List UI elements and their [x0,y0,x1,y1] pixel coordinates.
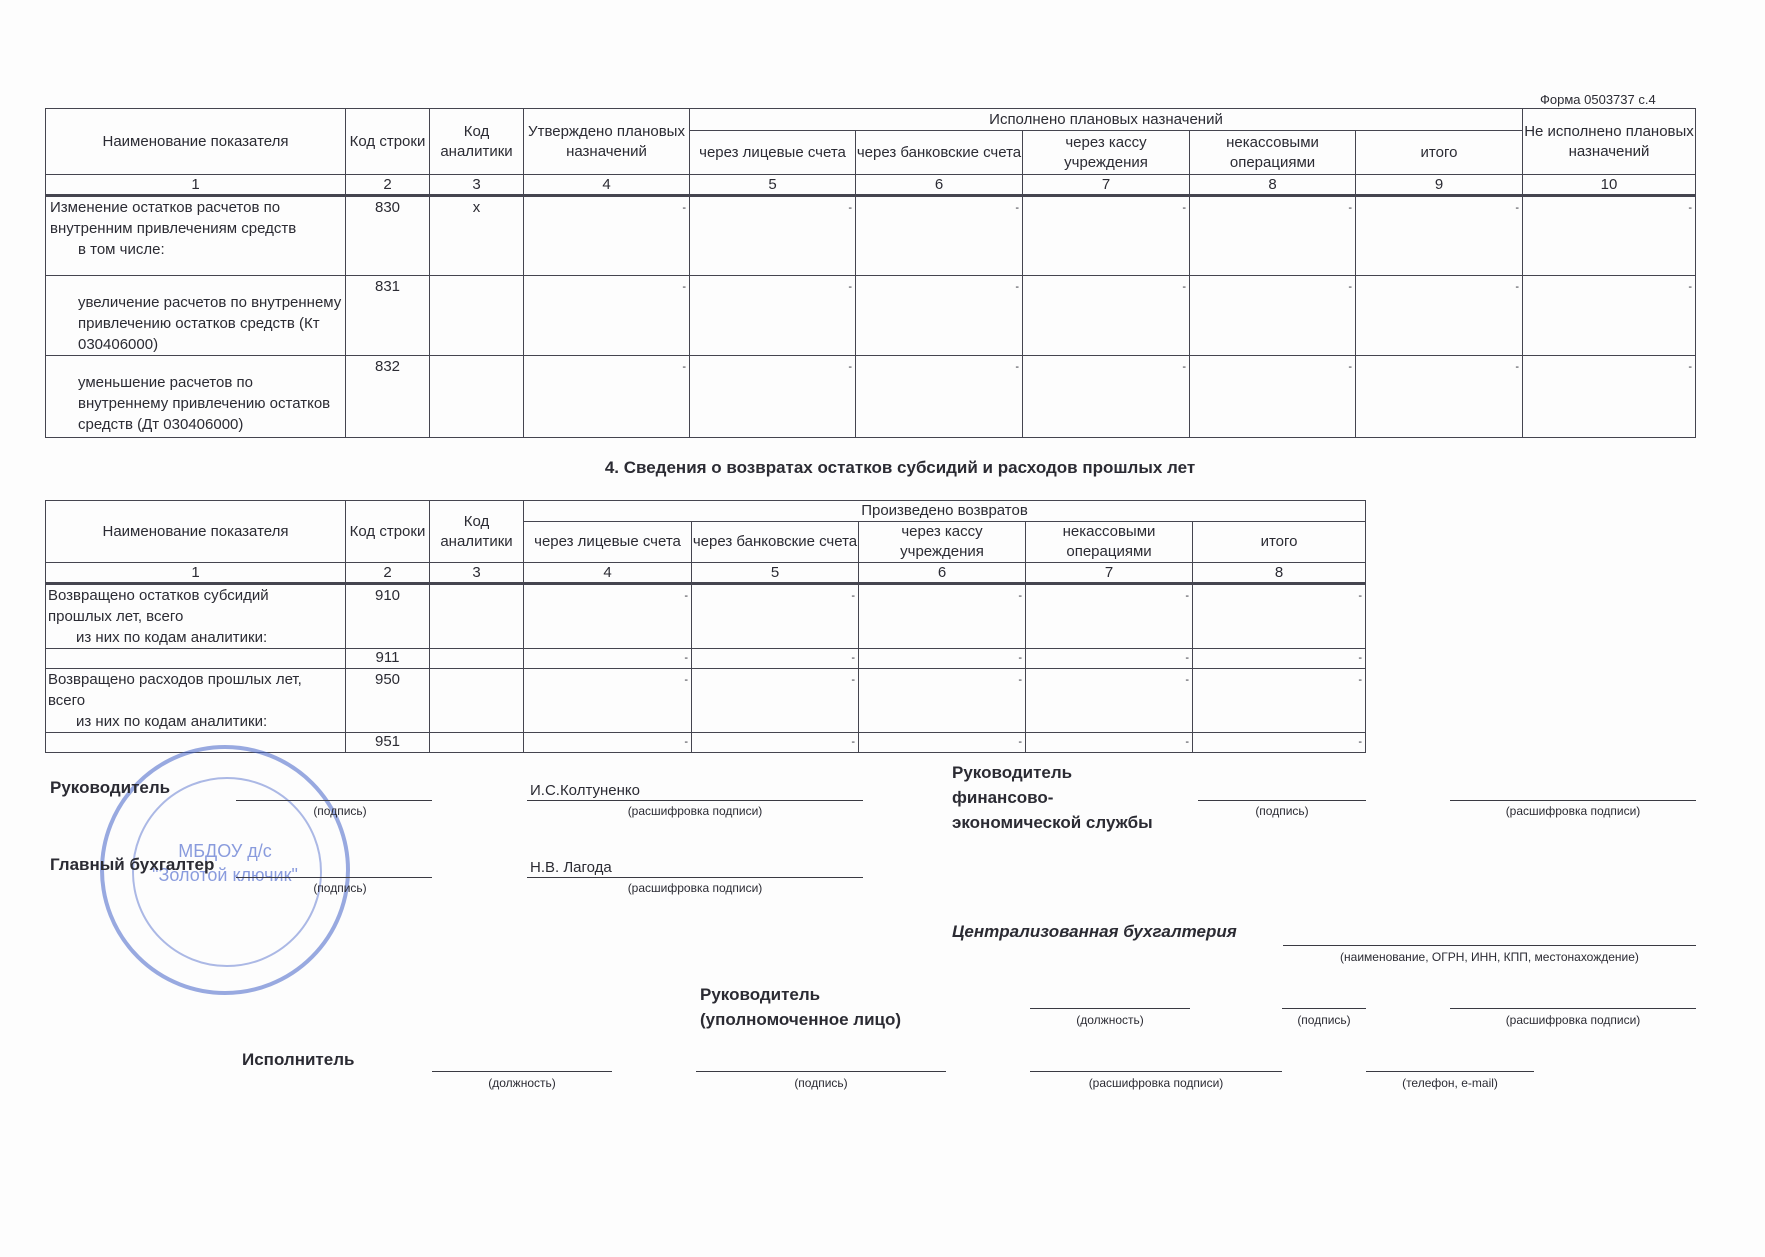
head-decode-line [527,800,863,801]
table-row: Возвращено остатков субсидий прошлых лет… [46,584,1366,649]
row-sub: из них по кодам аналитики: [48,711,345,732]
authorized-decode-line [1450,1008,1696,1009]
header-non-cash: некассовыми операциями [1190,131,1356,175]
header-total: итого [1193,522,1366,563]
header-row-code: Код строки [346,109,430,175]
executor-signature-line[interactable] [696,1071,946,1072]
fin-head-label-1: Руководитель [952,763,1072,783]
row-code: 830 [346,196,430,276]
chief-accountant-signature-line[interactable] [236,877,432,878]
header-analytics-code: Код аналитики [430,109,524,175]
header-via-cash: через кассу учреждения [1023,131,1190,175]
table-row: Изменение остатков расчетов по внутренни… [46,196,1696,276]
head-label: Руководитель [50,778,170,798]
row-sub: в том числе: [50,239,345,260]
header-approved: Утверждено плановых назначений [524,109,690,175]
authorized-label-1: Руководитель [700,985,820,1005]
chief-accountant-decode-caption: (расшифровка подписи) [527,881,863,895]
authorized-signature-caption: (подпись) [1272,1013,1376,1027]
header-executed-group: Исполнено плановых назначений [690,109,1523,131]
chief-accountant-signature-caption: (подпись) [300,881,380,895]
row-code: 951 [346,733,430,753]
executor-signature-caption: (подпись) [696,1076,946,1090]
authorized-position-caption: (должность) [1030,1013,1190,1027]
row-code: 831 [346,276,430,356]
fin-head-decode-line [1450,800,1696,801]
table-row: уменьшение расчетов по внутреннему привл… [46,356,1696,438]
table-row: Возвращено расходов прошлых лет, всего и… [46,669,1366,733]
header-name: Наименование показателя [46,109,346,175]
centralized-accounting-label: Централизованная бухгалтерия [952,922,1237,942]
row-sub: из них по кодам аналитики: [48,627,345,648]
executor-label: Исполнитель [242,1050,354,1070]
executor-position-caption: (должность) [432,1076,612,1090]
head-signature-line[interactable] [236,800,432,801]
head-decode-caption: (расшифровка подписи) [527,804,863,818]
header-name: Наименование показателя [46,501,346,563]
row-name: Изменение остатков расчетов по внутренни… [50,197,345,239]
column-numbers-row: 1 2 3 4 5 6 7 8 [46,563,1366,584]
row-code: 910 [346,584,430,649]
executor-decode-line [1030,1071,1282,1072]
table-row: 911 - - - - - [46,649,1366,669]
header-total: итого [1356,131,1523,175]
executor-phone-line [1366,1071,1534,1072]
authorized-label-2: (уполномоченное лицо) [700,1010,901,1030]
head-name: И.С.Колтуненко [530,782,640,799]
row-code: 832 [346,356,430,438]
row-name: увеличение расчетов по внутреннему привл… [46,276,346,356]
form-code: Форма 0503737 с.4 [1540,92,1656,107]
centralized-accounting-line [1283,945,1696,946]
centralized-accounting-caption: (наименование, ОГРН, ИНН, КПП, местонахо… [1283,950,1696,964]
header-via-personal: через лицевые счета [690,131,856,175]
header-via-bank: через банковские счета [856,131,1023,175]
fin-head-signature-caption: (подпись) [1198,804,1366,818]
chief-accountant-decode-line [527,877,863,878]
header-row-code: Код строки [346,501,430,563]
row-analytics [430,669,524,733]
row-analytics [430,733,524,753]
row-analytics [430,584,524,649]
executor-decode-caption: (расшифровка подписи) [1030,1076,1282,1090]
row-name: уменьшение расчетов по внутреннему привл… [46,356,346,438]
column-numbers-row: 1 2 3 4 5 6 7 8 9 10 [46,175,1696,196]
row-analytics [430,276,524,356]
authorized-decode-caption: (расшифровка подписи) [1450,1013,1696,1027]
row-code: 911 [346,649,430,669]
header-via-cash: через кассу учреждения [859,522,1026,563]
fin-head-label-2: финансово- [952,788,1053,808]
header-non-cash: некассовыми операциями [1026,522,1193,563]
row-name: Возвращено расходов прошлых лет, всего [48,669,345,711]
fin-head-signature-line[interactable] [1198,800,1366,801]
row-analytics: x [430,196,524,276]
executor-phone-caption: (телефон, e-mail) [1366,1076,1534,1090]
table-row: увеличение расчетов по внутреннему привл… [46,276,1696,356]
row-analytics [430,356,524,438]
row-name [46,649,346,669]
row-code: 950 [346,669,430,733]
chief-accountant-name: Н.В. Лагода [530,859,612,876]
executor-position-line [432,1071,612,1072]
header-not-executed: Не исполнено плановых назначений [1523,109,1696,175]
table-plan-execution: Наименование показателя Код строки Код а… [45,108,1696,438]
row-analytics [430,649,524,669]
header-returns-group: Произведено возвратов [524,501,1366,522]
header-via-bank: через банковские счета [692,522,859,563]
fin-head-decode-caption: (расшифровка подписи) [1450,804,1696,818]
header-analytics-code: Код аналитики [430,501,524,563]
row-name: Возвращено остатков субсидий прошлых лет… [48,585,345,627]
authorized-signature-line[interactable] [1282,1008,1366,1009]
header-via-personal: через лицевые счета [524,522,692,563]
fin-head-label-3: экономической службы [952,813,1153,833]
head-signature-caption: (подпись) [300,804,380,818]
section-4-title: 4. Сведения о возвратах остатков субсиди… [0,458,1500,478]
table-returns: Наименование показателя Код строки Код а… [45,500,1366,753]
authorized-position-line [1030,1008,1190,1009]
chief-accountant-label: Главный бухгалтер [50,855,214,875]
